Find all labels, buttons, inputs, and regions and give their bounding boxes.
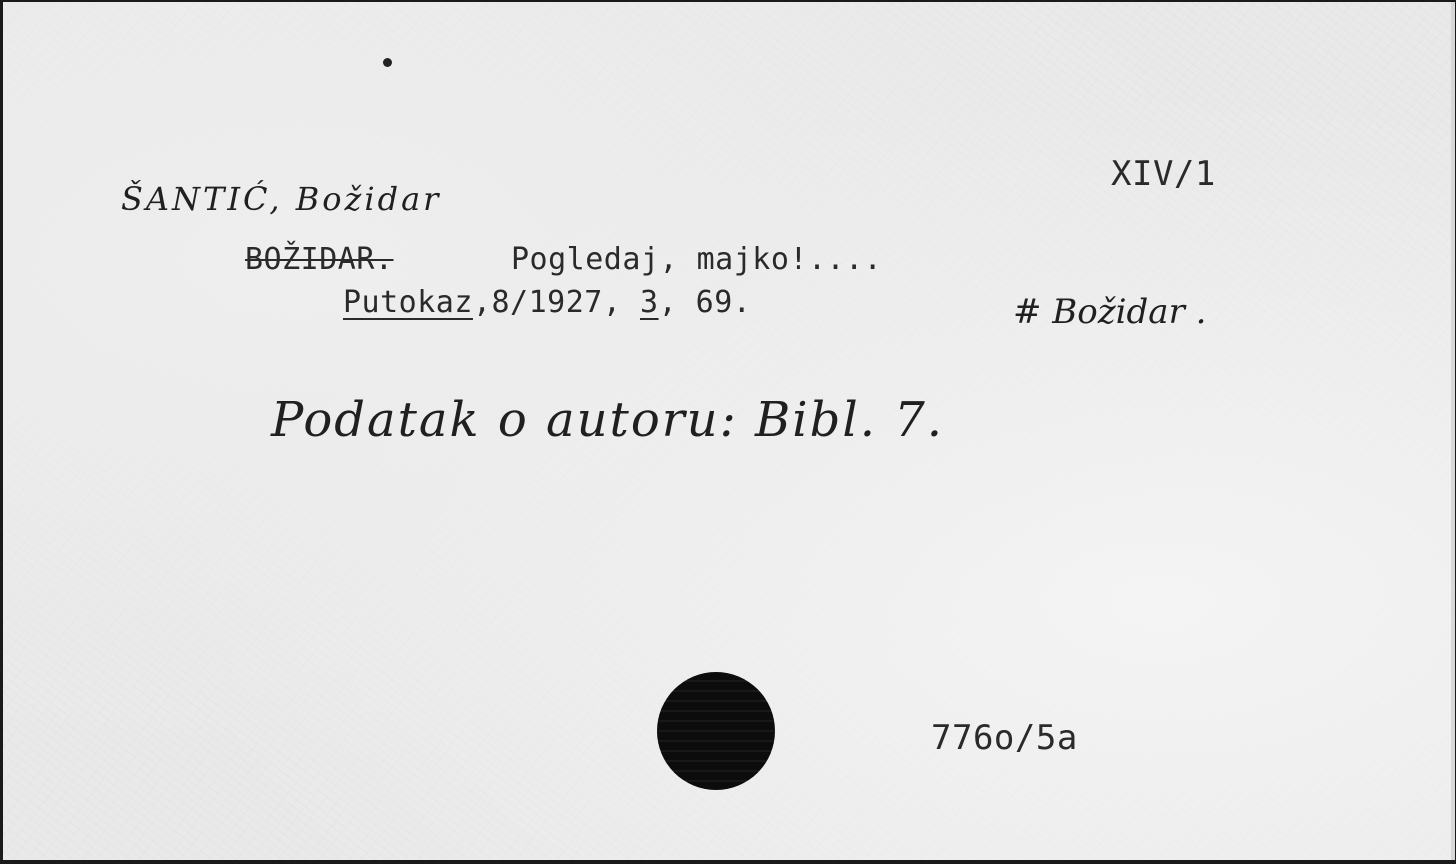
source-page: , 69. <box>659 285 752 320</box>
source-citation: Putokaz,8/1927, 3, 69. <box>343 285 751 320</box>
source-volume-year: ,8/1927, <box>473 285 640 320</box>
work-title: Pogledaj, majko!.... <box>511 242 882 277</box>
author-typed-struck: BOŽIDAR. <box>245 242 394 277</box>
name-correction-handwritten: # Božidar . <box>1013 292 1206 332</box>
catalog-card: XIV/1 ŠANTIĆ, Božidar BOŽIDAR. Pogledaj,… <box>3 2 1455 860</box>
author-handwritten: ŠANTIĆ, Božidar <box>121 180 441 218</box>
inventory-number: 776o/5a <box>931 718 1078 758</box>
author-note-handwritten: Podatak o autoru: Bibl. 7. <box>271 392 944 448</box>
punch-hole <box>657 672 775 790</box>
source-journal: Putokaz <box>343 285 473 320</box>
source-issue: 3 <box>640 285 659 320</box>
ink-dot <box>383 58 392 67</box>
call-number: XIV/1 <box>1111 154 1216 194</box>
